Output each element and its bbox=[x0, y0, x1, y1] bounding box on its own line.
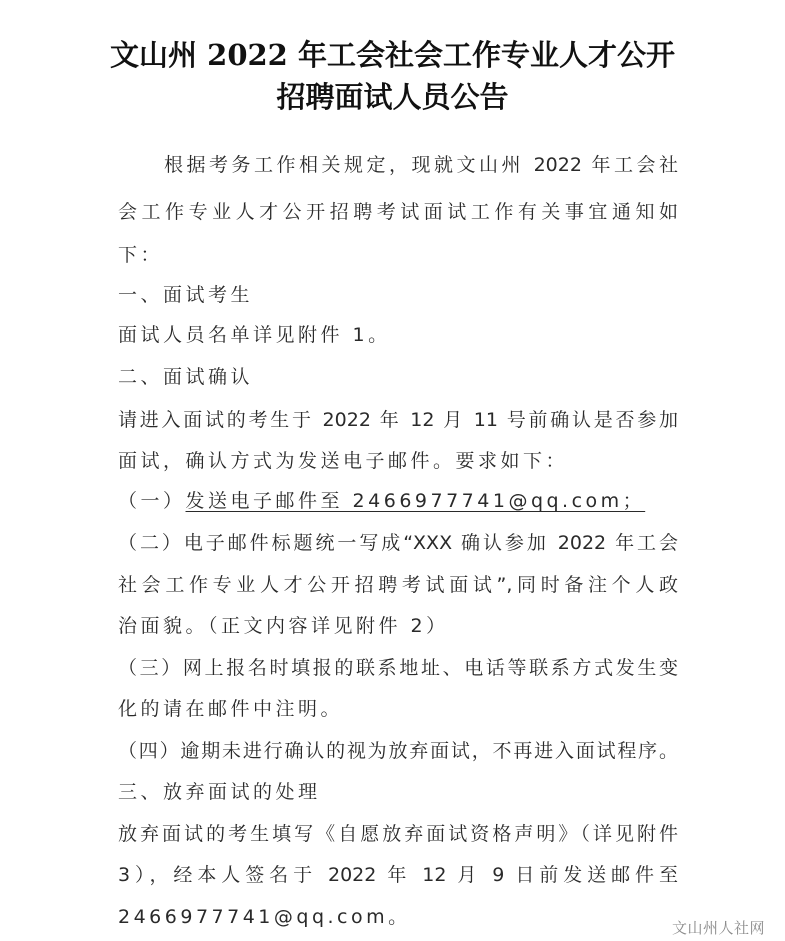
candidate-list-note: 面试人员名单详见附件 1。 bbox=[118, 323, 678, 347]
section-heading-withdrawal: 三、放弃面试的处理 bbox=[118, 780, 678, 804]
intro-paragraph-line-1: 根据考务工作相关规定，现就文山州 2022 年工会社 bbox=[164, 153, 678, 177]
requirement-item-1-prefix: （一） bbox=[118, 490, 186, 512]
intro-paragraph-line-3: 下： bbox=[118, 243, 678, 267]
requirement-item-4: （四）逾期未进行确认的视为放弃面试，不再进入面试程序。 bbox=[118, 739, 678, 763]
requirement-item-3-line-2: 化的请在邮件中注明。 bbox=[118, 697, 678, 721]
withdrawal-paragraph-line-3: 2466977741@qq.com。 bbox=[118, 905, 678, 929]
section-heading-interview-confirmation: 二、面试确认 bbox=[118, 365, 678, 389]
confirmation-paragraph-line-2: 面试，确认方式为发送电子邮件。要求如下： bbox=[118, 449, 678, 473]
document-title-line-1: 文山州 2022 年工会社会工作专业人才公开 bbox=[0, 33, 785, 74]
requirement-item-2-line-2: 社会工作专业人才公开招聘考试面试”,同时备注个人政 bbox=[118, 573, 678, 597]
document-title-line-2: 招聘面试人员公告 bbox=[0, 75, 785, 116]
email-link[interactable]: 发送电子邮件至 2466977741@qq.com； bbox=[186, 490, 646, 512]
requirement-item-2-line-3: 治面貌。（正文内容详见附件 2） bbox=[118, 614, 678, 638]
requirement-item-3-line-1: （三）网上报名时填报的联系地址、电话等联系方式发生变 bbox=[118, 656, 678, 680]
intro-paragraph-line-2: 会工作专业人才公开招聘考试面试工作有关事宜通知如 bbox=[118, 200, 678, 224]
withdrawal-paragraph-line-2: 3），经本人签名于 2022 年 12 月 9 日前发送邮件至 bbox=[118, 863, 678, 887]
withdrawal-paragraph-line-1: 放弃面试的考生填写《自愿放弃面试资格声明》（详见附件 bbox=[118, 822, 678, 846]
section-heading-interview-candidates: 一、面试考生 bbox=[118, 283, 678, 307]
requirement-item-2-line-1: （二）电子邮件标题统一写成“XXX 确认参加 2022 年工会 bbox=[118, 531, 678, 555]
confirmation-paragraph-line-1: 请进入面试的考生于 2022 年 12 月 11 号前确认是否参加 bbox=[118, 408, 678, 432]
requirement-item-1: （一）发送电子邮件至 2466977741@qq.com； bbox=[118, 489, 678, 513]
site-watermark: 文山州人社网 bbox=[672, 917, 765, 938]
